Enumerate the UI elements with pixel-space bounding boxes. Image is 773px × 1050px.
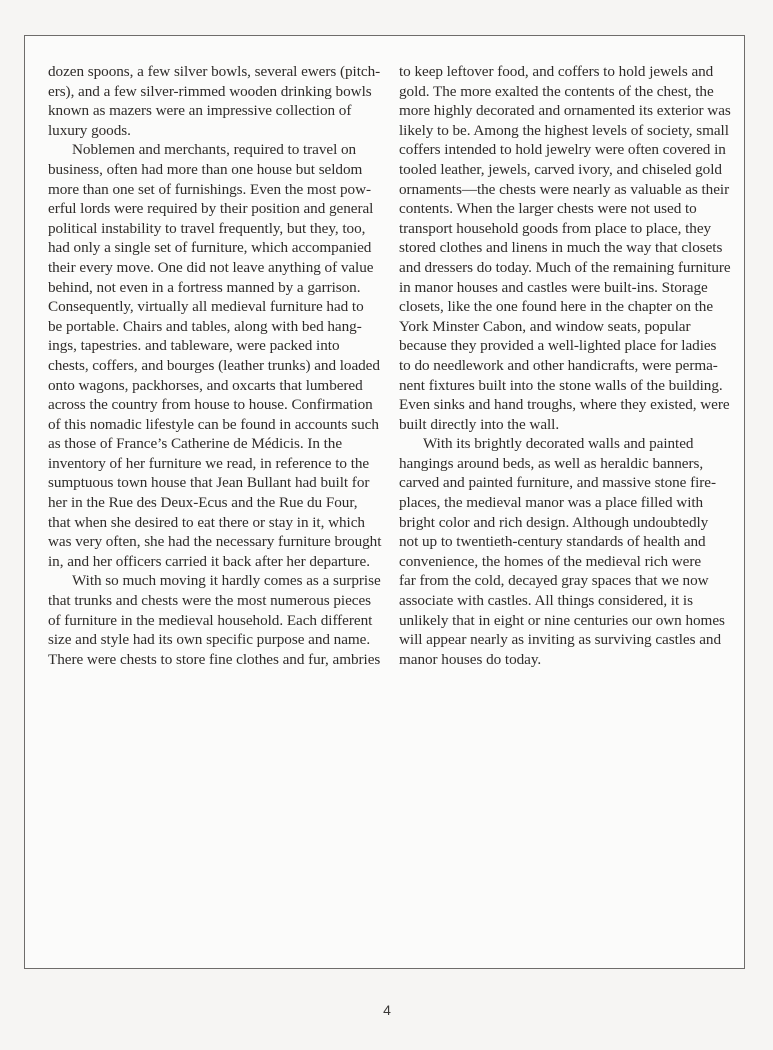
text-line: likely to be. Among the highest levels o… bbox=[399, 121, 723, 141]
text-line: chests, coffers, and bourges (leather tr… bbox=[48, 356, 370, 376]
text-line: of this nomadic lifestyle can be found i… bbox=[48, 415, 370, 435]
text-line: gold. The more exalted the contents of t… bbox=[399, 82, 723, 102]
text-line: ornaments—the chests were nearly as valu… bbox=[399, 180, 723, 200]
text-line: known as mazers were an impressive colle… bbox=[48, 101, 370, 121]
text-line: unlikely that in eight or nine centuries… bbox=[399, 611, 723, 631]
paragraph: With its brightly decorated walls and pa… bbox=[399, 434, 723, 669]
text-line: in manor houses and castles were built-i… bbox=[399, 278, 723, 298]
text-line: business, often had more than one house … bbox=[48, 160, 370, 180]
text-line: far from the cold, decayed gray spaces t… bbox=[399, 571, 723, 591]
text-line: associate with castles. All things consi… bbox=[399, 591, 723, 611]
text-line: in, and her officers carried it back aft… bbox=[48, 552, 370, 572]
text-line: size and style had its own specific purp… bbox=[48, 630, 370, 650]
text-line: because they provided a well-lighted pla… bbox=[399, 336, 723, 356]
text-line: that trunks and chests were the most num… bbox=[48, 591, 370, 611]
text-line: Noblemen and merchants, required to trav… bbox=[48, 140, 370, 160]
text-line: transport household goods from place to … bbox=[399, 219, 723, 239]
right-column: to keep leftover food, and coffers to ho… bbox=[399, 62, 723, 669]
text-line: luxury goods. bbox=[48, 121, 370, 141]
text-line: York Minster Cabon, and window seats, po… bbox=[399, 317, 723, 337]
page-frame: dozen spoons, a few silver bowls, severa… bbox=[24, 35, 745, 969]
text-line: more than one set of furnishings. Even t… bbox=[48, 180, 370, 200]
text-line: hangings around beds, as well as heraldi… bbox=[399, 454, 723, 474]
text-line: be portable. Chairs and tables, along wi… bbox=[48, 317, 370, 337]
text-line: bright color and rich design. Although u… bbox=[399, 513, 723, 533]
text-line: their every move. One did not leave anyt… bbox=[48, 258, 370, 278]
text-line: political instability to travel frequent… bbox=[48, 219, 370, 239]
text-line: of furniture in the medieval household. … bbox=[48, 611, 370, 631]
text-line: carved and painted furniture, and massiv… bbox=[399, 473, 723, 493]
text-line: inventory of her furniture we read, in r… bbox=[48, 454, 370, 474]
text-line: With so much moving it hardly comes as a… bbox=[48, 571, 370, 591]
text-line: had only a single set of furniture, whic… bbox=[48, 238, 370, 258]
paragraph: With so much moving it hardly comes as a… bbox=[48, 571, 370, 669]
paragraph: Noblemen and merchants, required to trav… bbox=[48, 140, 370, 571]
text-line: sumptuous town house that Jean Bullant h… bbox=[48, 473, 370, 493]
text-line: dozen spoons, a few silver bowls, severa… bbox=[48, 62, 370, 82]
text-line: that when she desired to eat there or st… bbox=[48, 513, 370, 533]
text-line: ers), and a few silver-rimmed wooden dri… bbox=[48, 82, 370, 102]
text-line: erful lords were required by their posit… bbox=[48, 199, 370, 219]
text-line: was very often, she had the necessary fu… bbox=[48, 532, 370, 552]
text-line: ings, tapestries. and tableware, were pa… bbox=[48, 336, 370, 356]
text-line: to keep leftover food, and coffers to ho… bbox=[399, 62, 723, 82]
text-line: across the country from house to house. … bbox=[48, 395, 370, 415]
text-line: behind, not even in a fortress manned by… bbox=[48, 278, 370, 298]
text-line: and dressers do today. Much of the remai… bbox=[399, 258, 723, 278]
text-line: contents. When the larger chests were no… bbox=[399, 199, 723, 219]
text-line: closets, like the one found here in the … bbox=[399, 297, 723, 317]
text-line: Even sinks and hand troughs, where they … bbox=[399, 395, 723, 415]
text-line: her in the Rue des Deux-Ecus and the Rue… bbox=[48, 493, 370, 513]
text-line: convenience, the homes of the medieval r… bbox=[399, 552, 723, 572]
text-line: as those of France’s Catherine de Médici… bbox=[48, 434, 370, 454]
text-line: nent fixtures built into the stone walls… bbox=[399, 376, 723, 396]
text-line: built directly into the wall. bbox=[399, 415, 723, 435]
text-line: onto wagons, packhorses, and oxcarts tha… bbox=[48, 376, 370, 396]
text-line: manor houses do today. bbox=[399, 650, 723, 670]
text-line: stored clothes and linens in much the wa… bbox=[399, 238, 723, 258]
text-line: With its brightly decorated walls and pa… bbox=[399, 434, 723, 454]
left-column: dozen spoons, a few silver bowls, severa… bbox=[48, 62, 370, 669]
text-line: coffers intended to hold jewelry were of… bbox=[399, 140, 723, 160]
text-line: Consequently, virtually all medieval fur… bbox=[48, 297, 370, 317]
text-line: not up to twentieth-century standards of… bbox=[399, 532, 723, 552]
paragraph: dozen spoons, a few silver bowls, severa… bbox=[48, 62, 370, 140]
text-line: will appear nearly as inviting as surviv… bbox=[399, 630, 723, 650]
text-line: tooled leather, jewels, carved ivory, an… bbox=[399, 160, 723, 180]
text-line: There were chests to store fine clothes … bbox=[48, 650, 370, 670]
text-line: more highly decorated and ornamented its… bbox=[399, 101, 723, 121]
paragraph: to keep leftover food, and coffers to ho… bbox=[399, 62, 723, 434]
page-number: 4 bbox=[380, 1002, 394, 1018]
text-line: to do needlework and other handicrafts, … bbox=[399, 356, 723, 376]
text-line: places, the medieval manor was a place f… bbox=[399, 493, 723, 513]
